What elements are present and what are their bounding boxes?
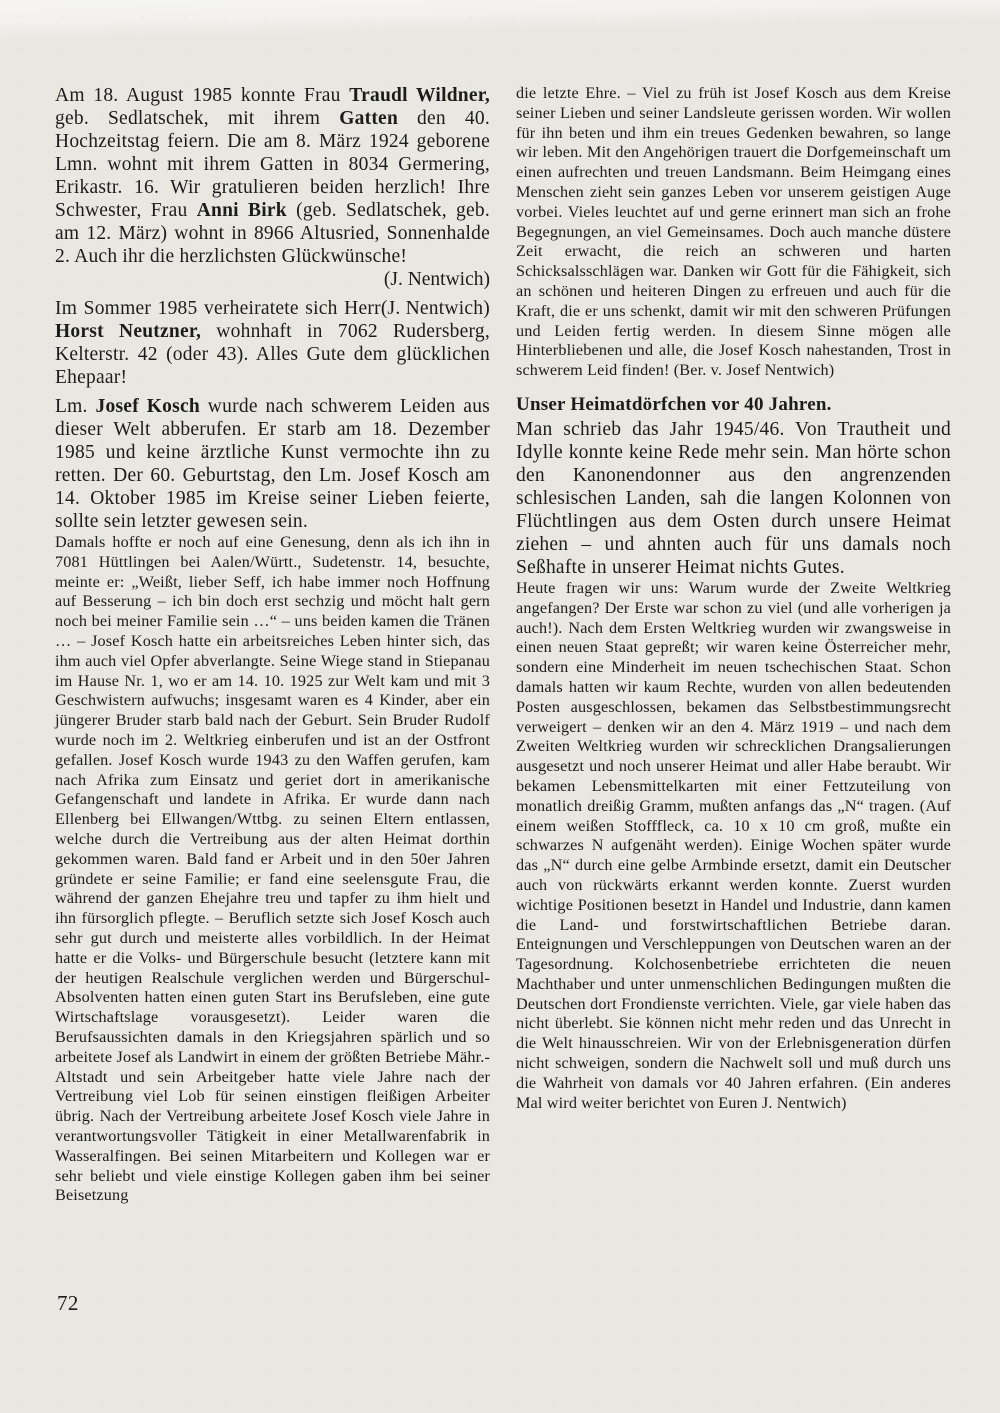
two-column-layout: Am 18. August 1985 konnte Frau Traudl Wi… [55,84,951,1206]
name-josef-kosch: Josef Kosch [96,396,200,417]
paragraph-anniversary-notice: Am 18. August 1985 konnte Frau Traudl Wi… [55,84,490,268]
section-heading-heimatdoerfchen: Unser Heimatdörfchen vor 40 Jahren. [516,394,951,416]
right-column: die letzte Ehre. – Viel zu früh ist Jose… [516,84,951,1206]
wedding-text: Im Sommer 1985 verheiratete sich Herr [55,298,381,319]
paragraph-obituary-continued: die letzte Ehre. – Viel zu früh ist Jose… [516,84,951,381]
paragraph-wedding-notice: (J. Nentwich)Im Sommer 1985 verheiratete… [55,297,490,389]
name-traudl-wildner: Traudl Wildner, [349,85,490,106]
paragraph-obituary-detail: Damals hoffte er noch auf eine Genesung,… [55,533,490,1206]
name-horst-neutzner: Horst Neutzner, [55,321,201,342]
obituary-text: Lm. [55,396,96,417]
paragraph-war-reflection: Heute fragen wir uns: Warum wurde der Zw… [516,579,951,1114]
anniversary-text: Am 18. August 1985 konnte Frau [55,85,349,106]
left-column: Am 18. August 1985 konnte Frau Traudl Wi… [55,84,490,1206]
paragraph-hometown-1945: Man schrieb das Jahr 1945/46. Von Trauth… [516,418,951,579]
scan-edge-artifact [0,0,1000,41]
page-number: 72 [57,1291,79,1315]
newsletter-page: Am 18. August 1985 konnte Frau Traudl Wi… [0,0,1000,1413]
paragraph-obituary-intro: Lm. Josef Kosch wurde nach schwerem Leid… [55,395,490,533]
anniversary-text: geb. Sedlatschek, mit ihrem [55,108,339,129]
name-anni-birk: Anni Birk [197,200,287,221]
signature-nentwich: (J. Nentwich) [55,268,490,291]
signature-nentwich: (J. Nentwich) [381,297,490,320]
word-gatten-bold: Gatten [339,108,398,129]
